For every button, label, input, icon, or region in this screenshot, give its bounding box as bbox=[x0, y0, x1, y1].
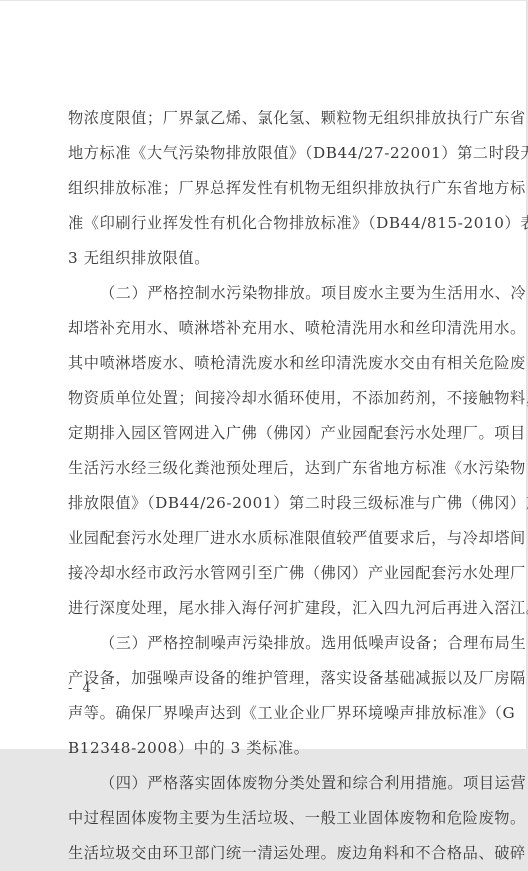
text-line: 组织排放标准；厂界总挥发性有机物无组织排放执行广东省地方标 bbox=[68, 171, 460, 206]
text-line: 业园配套污水处理厂进水水质标准限值较严值要求后，与冷却塔间 bbox=[68, 521, 460, 556]
text-line: 进行深度处理，尾水排入海仔河扩建段，汇入四九河后再进入滘江。 bbox=[68, 591, 460, 626]
text-line: 生活污水经三级化粪池预处理后，达到广东省地方标准《水污染物 bbox=[68, 451, 460, 486]
text-line: 地方标准《大气污染物排放限值》（DB44/27-22001）第二时段无 bbox=[68, 136, 460, 171]
body-text: 物浓度限值；厂界氯乙烯、氯化氢、颗粒物无组织排放执行广东省 地方标准《大气污染物… bbox=[68, 101, 460, 752]
text-line: B12348-2008）中的 3 类标准。 bbox=[68, 731, 460, 752]
text-line: 排放限值》（DB44/26-2001）第二时段三级标准与广佛（佛冈）产 bbox=[68, 486, 460, 521]
section-heading-line: （二）严格控制水污染物排放。项目废水主要为生活用水、冷 bbox=[68, 276, 460, 311]
text-line: 声等。确保厂界噪声达到《工业企业厂界环境噪声排放标准》（G bbox=[68, 696, 460, 731]
text-line: 却塔补充用水、喷淋塔补充用水、喷枪清洗用水和丝印清洗用水。 bbox=[68, 311, 460, 346]
text-line: 其中喷淋塔废水、喷枪清洗废水和丝印清洗废水交由有相关危险废 bbox=[68, 346, 460, 381]
text-line: 产设备，加强噪声设备的维护管理，落实设备基础减振以及厂房隔 bbox=[68, 661, 460, 696]
text-line: 3 无组织排放限值。 bbox=[68, 241, 460, 276]
text-line: 接冷却水经市政污水管网引至广佛（佛冈）产业园配套污水处理厂 bbox=[68, 556, 460, 591]
text-line: 物浓度限值；厂界氯乙烯、氯化氢、颗粒物无组织排放执行广东省 bbox=[68, 101, 460, 136]
page-number: - 4 - bbox=[68, 671, 108, 706]
text-line: 物资质单位处置；间接冷却水循环使用，不添加药剂，不接触物料， bbox=[68, 381, 460, 416]
text-line: 准《印刷行业挥发性有机化合物排放标准》（DB44/815-2010）表 bbox=[68, 206, 460, 241]
section-heading-line: （三）严格控制噪声污染排放。选用低噪声设备；合理布局生 bbox=[68, 626, 460, 661]
text-line: 定期排入园区管网进入广佛（佛冈）产业园配套污水处理厂。项目 bbox=[68, 416, 460, 451]
document-page: 物浓度限值；厂界氯乙烯、氯化氢、颗粒物无组织排放执行广东省 地方标准《大气污染物… bbox=[0, 1, 527, 749]
